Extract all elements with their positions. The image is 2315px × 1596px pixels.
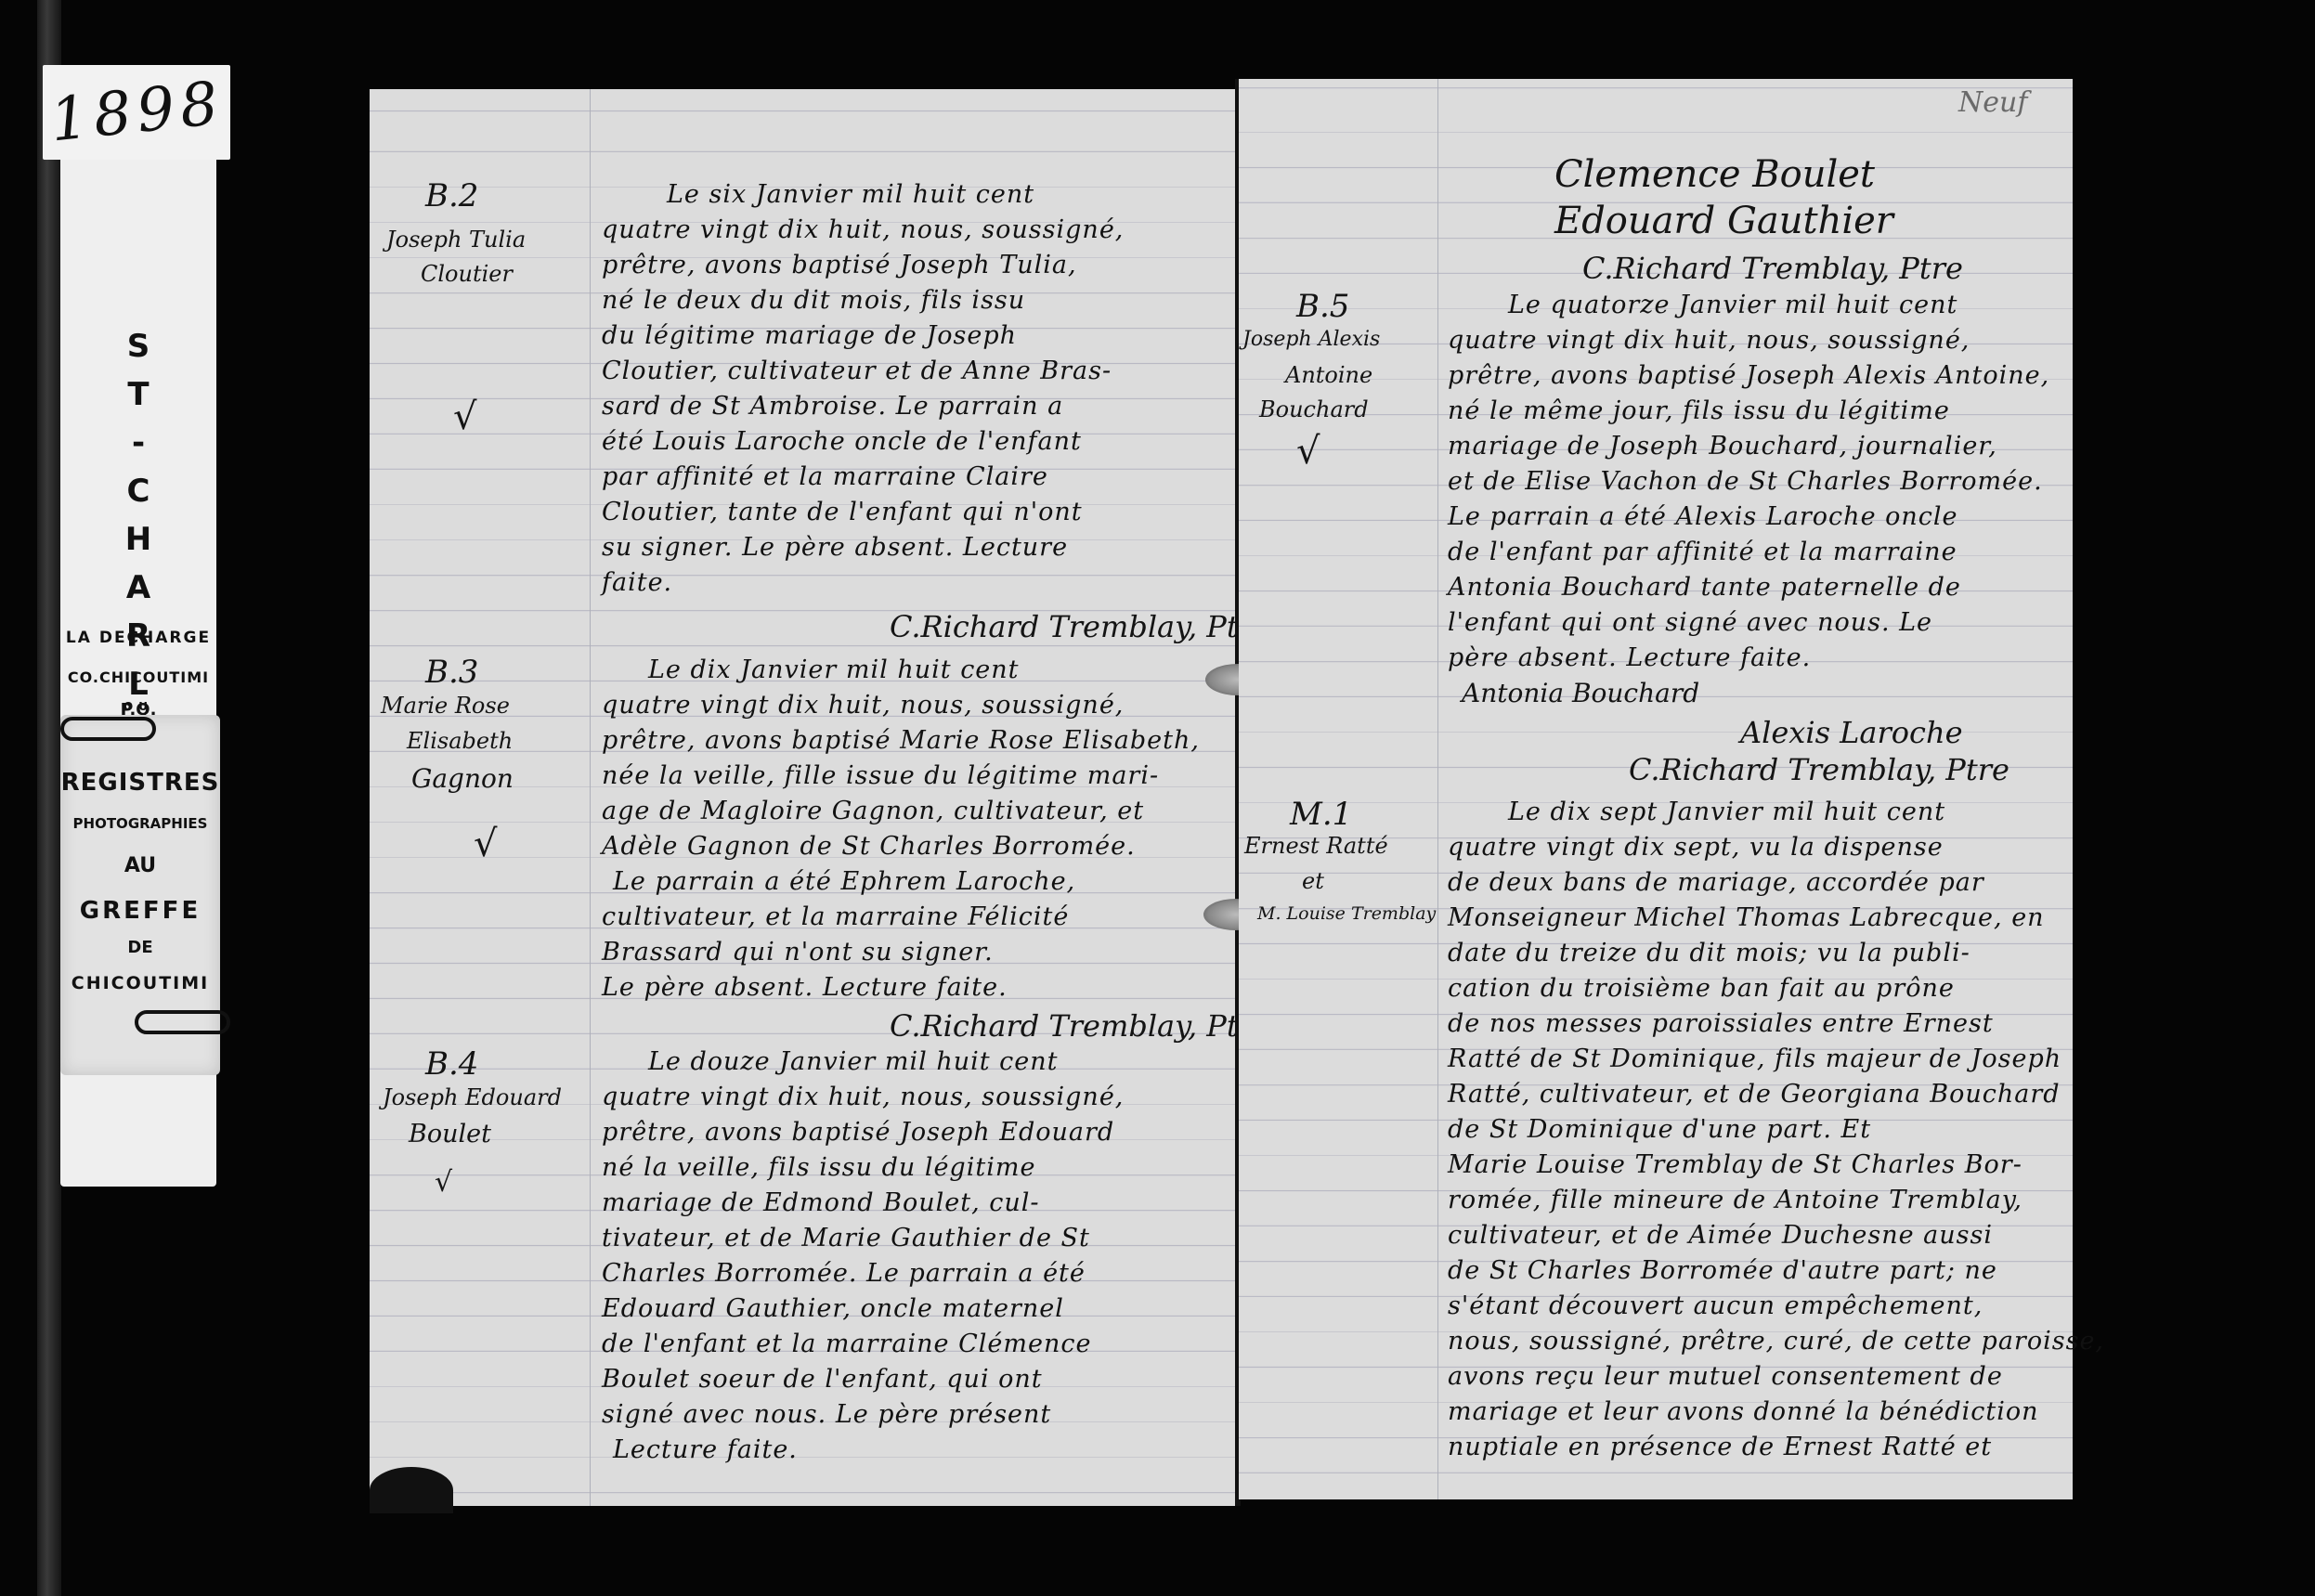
margin-name: Gagnon <box>411 763 514 794</box>
entry-line: né le même jour, fils issu du légitime <box>1448 396 1950 425</box>
entry-line: quatre vingt dix huit, nous, soussigné, <box>602 1083 1124 1111</box>
entry-line: age de Magloire Gagnon, cultivateur, et <box>602 797 1144 825</box>
parish-letter: T <box>60 370 216 419</box>
entry-line: Brassard qui n'ont su signer. <box>602 938 994 967</box>
book-spine <box>37 0 61 1596</box>
right-page: Neuf Clemence Boulet Edouard Gauthier C.… <box>1239 79 2073 1499</box>
check-mark-icon: √ <box>1296 430 1320 473</box>
margin-name: M. Louise Tremblay <box>1257 903 1436 924</box>
check-mark-icon: √ <box>435 1166 452 1199</box>
entry-line: été Louis Laroche oncle de l'enfant <box>602 427 1082 456</box>
entry-line: Le parrain a été Ephrem Laroche, <box>613 867 1075 896</box>
page-note: Neuf <box>1958 86 2027 119</box>
entry-line: Cloutier, cultivateur et de Anne Bras- <box>602 357 1112 385</box>
entry-line: avons reçu leur mutuel consentement de <box>1448 1362 2003 1391</box>
margin-name: et <box>1302 868 1324 894</box>
parish-letter: H <box>60 515 216 564</box>
entry-line: nous, soussigné, prêtre, curé, de cette … <box>1448 1327 2104 1356</box>
paperclip-icon <box>60 717 156 741</box>
margin-rule <box>1437 79 1438 1499</box>
margin-name: Elisabeth <box>407 728 513 754</box>
entry-line: prêtre, avons baptisé Joseph Alexis Anto… <box>1448 361 2049 390</box>
entry-line: Cloutier, tante de l'enfant qui n'ont <box>602 498 1083 526</box>
entry-line: Ratté de St Dominique, fils majeur de Jo… <box>1448 1045 2061 1073</box>
entry-line: romée, fille mineure de Antoine Tremblay… <box>1448 1186 2022 1214</box>
entry-line: Edouard Gauthier, oncle maternel <box>602 1294 1064 1323</box>
priest-signature: C.Richard Tremblay, Ptre <box>890 1008 1270 1044</box>
entry-line: cultivateur, et de Aimée Duchesne aussi <box>1448 1221 1993 1250</box>
entry-line: mariage et leur avons donné la bénédicti… <box>1448 1397 2039 1426</box>
priest-signature: C.Richard Tremblay, Ptre <box>1582 251 1963 286</box>
entry-line: quatre vingt dix huit, nous, soussigné, <box>602 691 1124 720</box>
entry-line: Le six Janvier mil huit cent <box>667 180 1034 209</box>
margin-name: Bouchard <box>1259 396 1369 422</box>
margin-name: Joseph Alexis <box>1242 328 1380 351</box>
entry-line: faite. <box>602 568 672 597</box>
entry-id: B.2 <box>425 177 478 214</box>
margin-name: Boulet <box>409 1120 491 1148</box>
entry-line: cation du troisième ban fait au prône <box>1448 974 1955 1003</box>
margin-rule <box>590 89 591 1506</box>
priest-signature: C.Richard Tremblay, Ptre <box>1629 752 2009 787</box>
entry-id: B.4 <box>425 1045 478 1083</box>
parish-letter: S <box>60 322 216 370</box>
entry-line: Marie Louise Tremblay de St Charles Bor- <box>1448 1150 2022 1179</box>
card-line: REGISTRES <box>60 769 220 797</box>
entry-line: Le dix Janvier mil huit cent <box>648 655 1020 684</box>
entry-line: Monseigneur Michel Thomas Labrecque, en <box>1448 903 2045 932</box>
entry-line: père absent. Lecture faite. <box>1448 643 1811 672</box>
priest-signature: C.Richard Tremblay, Ptre <box>890 609 1270 644</box>
godfather-signature: Alexis Laroche <box>1740 715 1963 750</box>
entry-line: Ratté, cultivateur, et de Georgiana Bouc… <box>1448 1080 2061 1109</box>
entry-line: mariage de Joseph Bouchard, journalier, <box>1448 432 1997 461</box>
card-line: PHOTOGRAPHIES <box>60 815 220 832</box>
entry-line: de St Dominique d'une part. Et <box>1448 1115 1871 1144</box>
entry-line: cultivateur, et la marraine Félicité <box>602 902 1069 931</box>
margin-name: Ernest Ratté <box>1244 833 1388 859</box>
entry-line: née la veille, fille issue du légitime m… <box>602 761 1159 790</box>
paperclip-icon <box>135 1010 230 1034</box>
entry-line: Lecture faite. <box>613 1435 798 1464</box>
entry-line: Charles Borromée. Le parrain a été <box>602 1259 1086 1288</box>
margin-name: Cloutier <box>421 261 513 287</box>
entry-line: Le quatorze Janvier mil huit cent <box>1508 291 1957 319</box>
entry-line: prêtre, avons baptisé Joseph Edouard <box>602 1118 1114 1147</box>
entry-id: B.3 <box>425 654 478 691</box>
check-mark-icon: √ <box>453 396 477 438</box>
parish-letter: C <box>60 467 216 515</box>
entry-line: Le douze Janvier mil huit cent <box>648 1047 1059 1076</box>
entry-line: Antonia Bouchard tante paternelle de <box>1448 573 1961 602</box>
entry-id: B.5 <box>1296 288 1349 325</box>
card-line: GREFFE <box>60 897 220 925</box>
margin-name: Marie Rose <box>381 693 510 719</box>
archive-card: REGISTRES PHOTOGRAPHIES AU GREFFE DE CHI… <box>60 715 220 1075</box>
entry-line: de l'enfant et la marraine Clémence <box>602 1330 1091 1358</box>
carryover-signature: Edouard Gauthier <box>1554 200 1893 242</box>
margin-name: Joseph Tulia <box>386 227 526 253</box>
entry-line: su signer. Le père absent. Lecture <box>602 533 1068 562</box>
entry-line: né le deux du dit mois, fils issu <box>602 286 1025 315</box>
margin-name: Joseph Edouard <box>383 1084 562 1110</box>
margin-name: Antoine <box>1285 362 1372 388</box>
entry-line: tivateur, et de Marie Gauthier de St <box>602 1224 1090 1252</box>
carryover-signature: Clemence Boulet <box>1554 153 1875 196</box>
left-page: B.2 Joseph Tulia Cloutier √ Le six Janvi… <box>370 89 1239 1506</box>
parish-letter: - <box>60 419 216 467</box>
entry-line: sard de St Ambroise. Le parrain a <box>602 392 1063 421</box>
entry-line: mariage de Edmond Boulet, cul- <box>602 1188 1040 1217</box>
entry-line: Le dix sept Janvier mil huit cent <box>1508 798 1945 826</box>
entry-line: quatre vingt dix huit, nous, soussigné, <box>1448 326 1970 355</box>
check-mark-icon: √ <box>474 823 498 865</box>
entry-line: prêtre, avons baptisé Joseph Tulia, <box>602 251 1077 279</box>
card-line: AU <box>60 854 220 877</box>
alt-name: LA DECHARGE <box>60 629 216 647</box>
county: CO.CHICOUTIMI <box>60 668 216 686</box>
thumb-shadow <box>370 1467 453 1513</box>
entry-line: de l'enfant par affinité et la marraine <box>1448 538 1957 566</box>
entry-line: du légitime mariage de Joseph <box>602 321 1017 350</box>
entry-line: Le parrain a été Alexis Laroche oncle <box>1448 502 1958 531</box>
entry-line: de deux bans de mariage, accordée par <box>1448 868 1984 897</box>
year-label: 1898 <box>43 65 230 160</box>
entry-line: quatre vingt dix sept, vu la dispense <box>1448 833 1944 862</box>
card-line: DE <box>60 938 220 957</box>
entry-line: l'enfant qui ont signé avec nous. Le <box>1448 608 1932 637</box>
entry-line: signé avec nous. Le père présent <box>602 1400 1051 1429</box>
entry-line: de nos messes paroissiales entre Ernest <box>1448 1009 1994 1038</box>
entry-line: et de Elise Vachon de St Charles Borromé… <box>1448 467 2043 496</box>
entry-line: nuptiale en présence de Ernest Ratté et <box>1448 1433 1992 1461</box>
parish-letter: A <box>60 564 216 612</box>
entry-line: né la veille, fils issu du légitime <box>602 1153 1035 1182</box>
godmother-signature: Antonia Bouchard <box>1462 678 1699 708</box>
entry-line: quatre vingt dix huit, nous, soussigné, <box>602 215 1124 244</box>
entry-line: par affinité et la marraine Claire <box>602 462 1048 491</box>
entry-line: date du treize du dit mois; vu la publi- <box>1448 939 1970 967</box>
entry-line: Le père absent. Lecture faite. <box>602 973 1008 1002</box>
entry-line: de St Charles Borromée d'autre part; ne <box>1448 1256 1997 1285</box>
entry-line: s'étant découvert aucun empêchement, <box>1448 1291 1983 1320</box>
entry-id: M.1 <box>1290 796 1352 833</box>
entry-line: Boulet soeur de l'enfant, qui ont <box>602 1365 1043 1394</box>
year-text: 1898 <box>46 69 227 155</box>
card-line: CHICOUTIMI <box>60 973 220 993</box>
entry-line: Adèle Gagnon de St Charles Borromée. <box>602 832 1136 861</box>
entry-line: prêtre, avons baptisé Marie Rose Elisabe… <box>602 726 1200 755</box>
